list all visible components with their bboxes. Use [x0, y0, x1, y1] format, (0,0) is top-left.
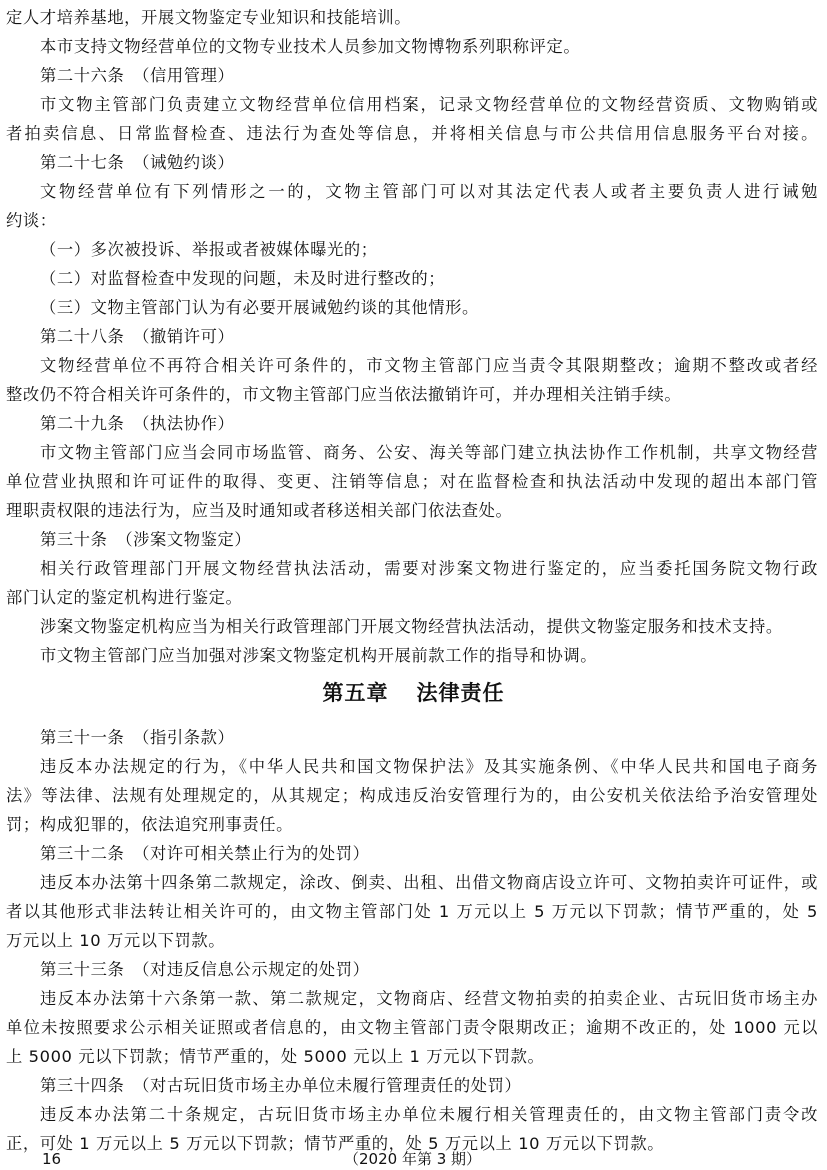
article-heading-33: 第三十三条 （对违反信息公示规定的处罚）	[40, 960, 818, 980]
paragraph: 违反本办法第十六条第一款、第二款规定，文物商店、经营文物拍卖的拍卖企业、古玩旧货…	[40, 989, 818, 1009]
paragraph-continuation: 整改仍不符合相关许可条件的，市文物主管部门应当依法撤销许可，并办理相关注销手续。	[6, 385, 818, 405]
paragraph-continuation: 理职责权限的违法行为，应当及时通知或者移送相关部门依法查处。	[6, 501, 818, 521]
paragraph-continuation: 者拍卖信息、日常监督检查、违法行为查处等信息，并将相关信息与市公共信用信息服务平…	[6, 124, 818, 144]
paragraph-continuation: 上 5000 元以下罚款；情节严重的，处 5000 元以上 1 万元以下罚款。	[6, 1047, 818, 1067]
list-item-1: （一）多次被投诉、举报或者被媒体曝光的；	[40, 240, 818, 260]
article-heading-34: 第三十四条 （对古玩旧货市场主办单位未履行管理责任的处罚）	[40, 1076, 818, 1096]
issue-label: （2020 年第 3 期）	[344, 1150, 481, 1168]
paragraph-continuation: 单位营业执照和许可证件的取得、变更、注销等信息；对在监督检查和执法活动中发现的超…	[6, 472, 818, 492]
article-heading-28: 第二十八条 （撤销许可）	[40, 327, 818, 347]
chapter-heading: 第五章法律责任	[0, 680, 827, 706]
paragraph: 本市支持文物经营单位的文物专业技术人员参加文物博物系列职称评定。	[40, 37, 818, 57]
paragraph-continuation: 约谈：	[6, 211, 818, 231]
paragraph-continuation: 法》等法律、法规有处理规定的，从其规定；构成违反治安管理行为的，由公安机关依法给…	[6, 786, 818, 806]
chapter-number: 第五章	[323, 681, 389, 705]
article-heading-32: 第三十二条 （对许可相关禁止行为的处罚）	[40, 844, 818, 864]
paragraph: 市文物主管部门应当加强对涉案文物鉴定机构开展前款工作的指导和协调。	[40, 646, 818, 666]
list-item-2: （二）对监督检查中发现的问题，未及时进行整改的；	[40, 269, 818, 289]
paragraph: 市文物主管部门负责建立文物经营单位信用档案，记录文物经营单位的文物经营资质、文物…	[40, 95, 818, 115]
paragraph: 违反本办法规定的行为，《中华人民共和国文物保护法》及其实施条例、《中华人民共和国…	[40, 757, 818, 777]
paragraph-continuation: 罚；构成犯罪的，依法追究刑事责任。	[6, 815, 818, 835]
article-heading-26: 第二十六条 （信用管理）	[40, 66, 818, 86]
paragraph: 相关行政管理部门开展文物经营执法活动，需要对涉案文物进行鉴定的，应当委托国务院文…	[40, 559, 818, 579]
paragraph-continuation: 部门认定的鉴定机构进行鉴定。	[6, 588, 818, 608]
paragraph-continuation: 万元以上 10 万元以下罚款。	[6, 931, 818, 951]
article-heading-27: 第二十七条 （诫勉约谈）	[40, 153, 818, 173]
article-heading-29: 第二十九条 （执法协作）	[40, 414, 818, 434]
paragraph: 违反本办法第十四条第二款规定，涂改、倒卖、出租、出借文物商店设立许可、文物拍卖许…	[40, 873, 818, 893]
article-heading-30: 第三十条 （涉案文物鉴定）	[40, 530, 818, 550]
paragraph-continuation: 者以其他形式非法转让相关许可的，由文物主管部门处 1 万元以上 5 万元以下罚款…	[6, 902, 818, 922]
paragraph: 违反本办法第二十条规定，古玩旧货市场主办单位未履行相关管理责任的，由文物主管部门…	[40, 1105, 818, 1125]
paragraph: 市文物主管部门应当会同市场监管、商务、公安、海关等部门建立执法协作工作机制，共享…	[40, 443, 818, 463]
page-number: 16	[42, 1150, 61, 1168]
paragraph: 文物经营单位有下列情形之一的，文物主管部门可以对其法定代表人或者主要负责人进行诫…	[40, 182, 818, 202]
paragraph-continuation: 单位未按照要求公示相关证照或者信息的，由文物主管部门责令限期改正；逾期不改正的，…	[6, 1018, 818, 1038]
paragraph: 文物经营单位不再符合相关许可条件的，市文物主管部门应当责令其限期整改；逾期不整改…	[40, 356, 818, 376]
chapter-title: 法律责任	[417, 681, 505, 705]
list-item-3: （三）文物主管部门认为有必要开展诫勉约谈的其他情形。	[40, 298, 818, 318]
paragraph: 涉案文物鉴定机构应当为相关行政管理部门开展文物经营执法活动，提供文物鉴定服务和技…	[40, 617, 818, 637]
article-heading-31: 第三十一条 （指引条款）	[40, 728, 818, 748]
paragraph-continuation: 定人才培养基地，开展文物鉴定专业知识和技能培训。	[6, 8, 818, 28]
